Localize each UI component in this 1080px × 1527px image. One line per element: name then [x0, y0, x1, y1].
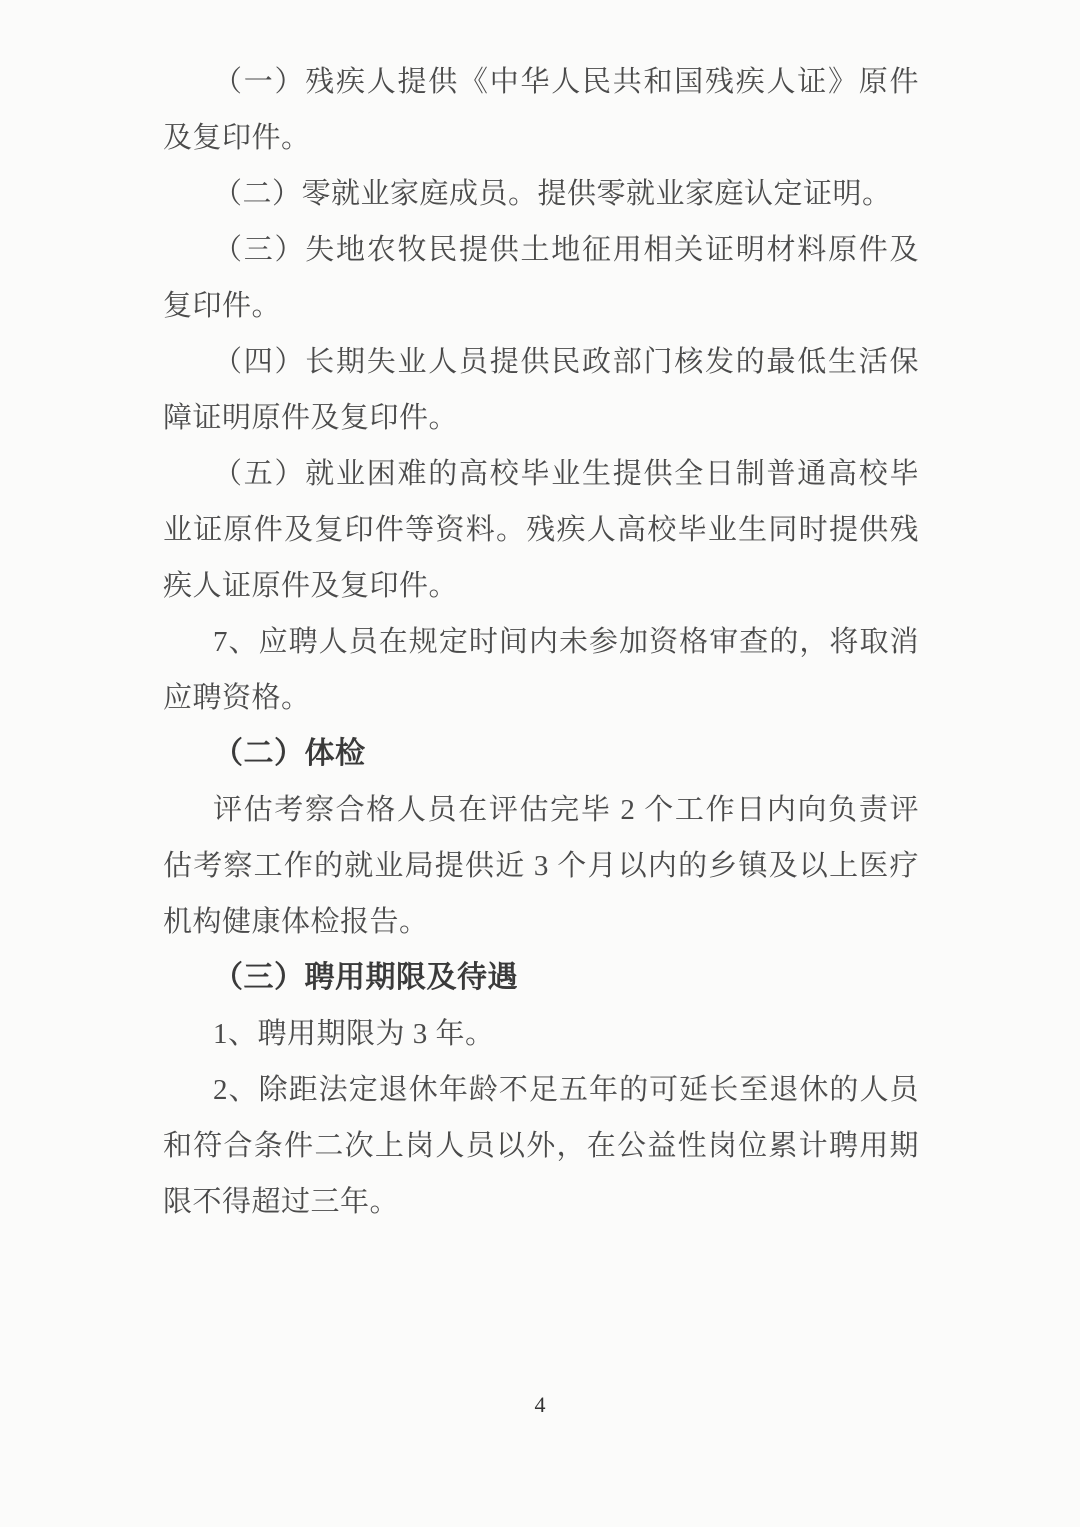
page-number: 4 [0, 1392, 1080, 1418]
paragraph-health-report: 评估考察合格人员在评估完毕 2 个工作日内向负责评估考察工作的就业局提供近 3 … [163, 782, 919, 950]
paragraph-zero-employment-family: （二）零就业家庭成员。提供零就业家庭认定证明。 [163, 166, 919, 222]
section-heading-employment-term: （三）聘用期限及待遇 [163, 950, 919, 1006]
paragraph-college-graduates: （五）就业困难的高校毕业生提供全日制普通高校毕业证原件及复印件等资料。残疾人高校… [163, 446, 919, 614]
document-text-block: （一）残疾人提供《中华人民共和国残疾人证》原件及复印件。 （二）零就业家庭成员。… [163, 54, 919, 1230]
paragraph-long-term-unemployed: （四）长期失业人员提供民政部门核发的最低生活保障证明原件及复印件。 [163, 334, 919, 446]
paragraph-term-limit: 2、除距法定退休年龄不足五年的可延长至退休的人员和符合条件二次上岗人员以外，在公… [163, 1062, 919, 1230]
document-page: （一）残疾人提供《中华人民共和国残疾人证》原件及复印件。 （二）零就业家庭成员。… [0, 0, 1080, 1527]
paragraph-disqualification-notice: 7、应聘人员在规定时间内未参加资格审查的，将取消应聘资格。 [163, 614, 919, 726]
paragraph-disability-cert: （一）残疾人提供《中华人民共和国残疾人证》原件及复印件。 [163, 54, 919, 166]
section-heading-physical-exam: （二）体检 [163, 726, 919, 782]
paragraph-landless-farmers: （三）失地农牧民提供土地征用相关证明材料原件及复印件。 [163, 222, 919, 334]
paragraph-term-duration: 1、聘用期限为 3 年。 [163, 1006, 919, 1062]
